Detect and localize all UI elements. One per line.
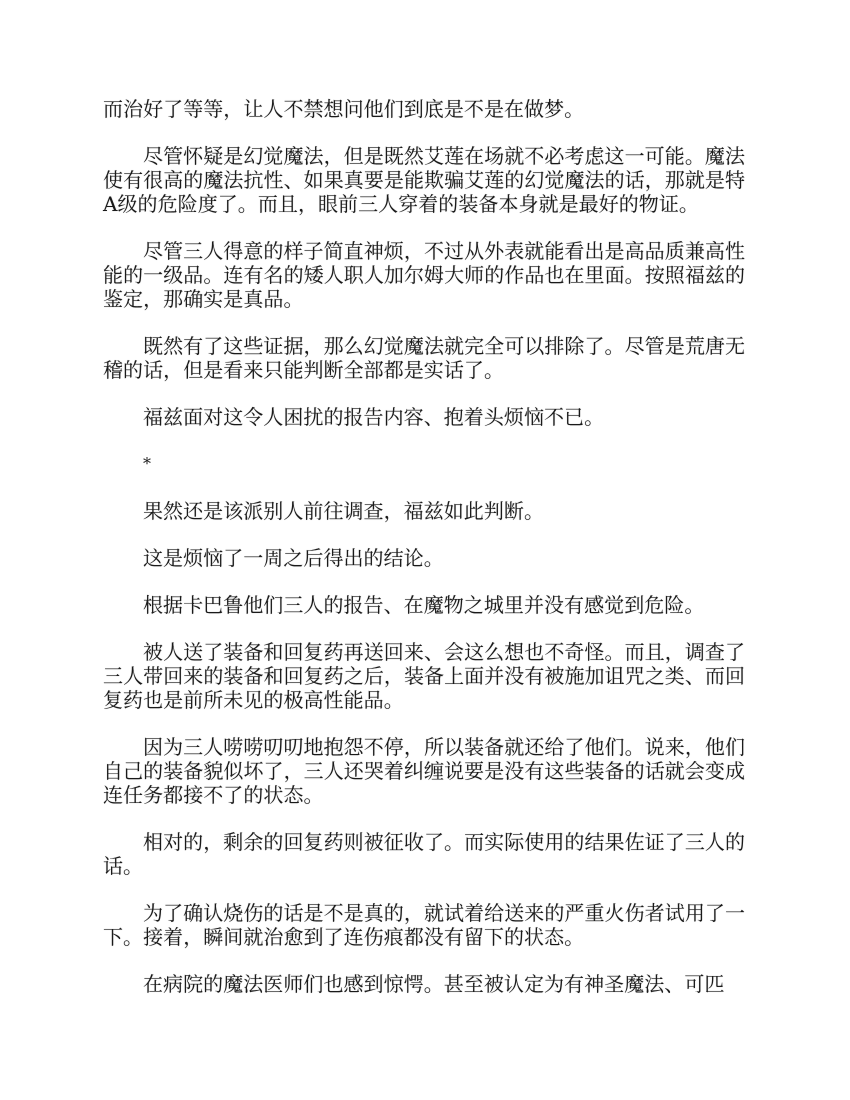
paragraph-7: 这是烦恼了一周之后得出的结论。 (103, 546, 745, 570)
paragraph-12: 为了确认烧伤的话是不是真的，就试着给送来的严重火伤者试用了一下。接着，瞬间就治愈… (103, 901, 745, 949)
paragraph-13: 在病院的魔法医师们也感到惊愕。甚至被认定为有神圣魔法、可匹 (103, 972, 745, 996)
paragraph-2: 尽管怀疑是幻觉魔法，但是既然艾莲在场就不必考虑这一可能。魔法使有很高的魔法抗性、… (103, 144, 745, 216)
paragraph-10: 因为三人唠唠叨叨地抱怨不停，所以装备就还给了他们。说来，他们自己的装备貌似坏了，… (103, 735, 745, 807)
paragraph-4: 既然有了这些证据，那么幻觉魔法就完全可以排除了。尽管是荒唐无稽的话，但是看来只能… (103, 334, 745, 382)
document-page: 而治好了等等，让人不禁想问他们到底是不是在做梦。 尽管怀疑是幻觉魔法，但是既然艾… (103, 97, 745, 1019)
paragraph-11: 相对的，剩余的回复药则被征收了。而实际使用的结果佐证了三人的话。 (103, 830, 745, 878)
paragraph-1: 而治好了等等，让人不禁想问他们到底是不是在做梦。 (103, 97, 745, 121)
paragraph-9: 被人送了装备和回复药再送回来、会这么想也不奇怪。而且，调查了三人带回来的装备和回… (103, 640, 745, 712)
paragraph-8: 根据卡巴鲁他们三人的报告、在魔物之城里并没有感觉到危险。 (103, 593, 745, 617)
paragraph-5: 福兹面对这令人困扰的报告内容、抱着头烦恼不已。 (103, 405, 745, 429)
scene-separator: * (103, 452, 745, 476)
paragraph-6: 果然还是该派别人前往调查，福兹如此判断。 (103, 499, 745, 523)
paragraph-3: 尽管三人得意的样子简直神烦，不过从外表就能看出是高品质兼高性能的一级品。连有名的… (103, 239, 745, 311)
